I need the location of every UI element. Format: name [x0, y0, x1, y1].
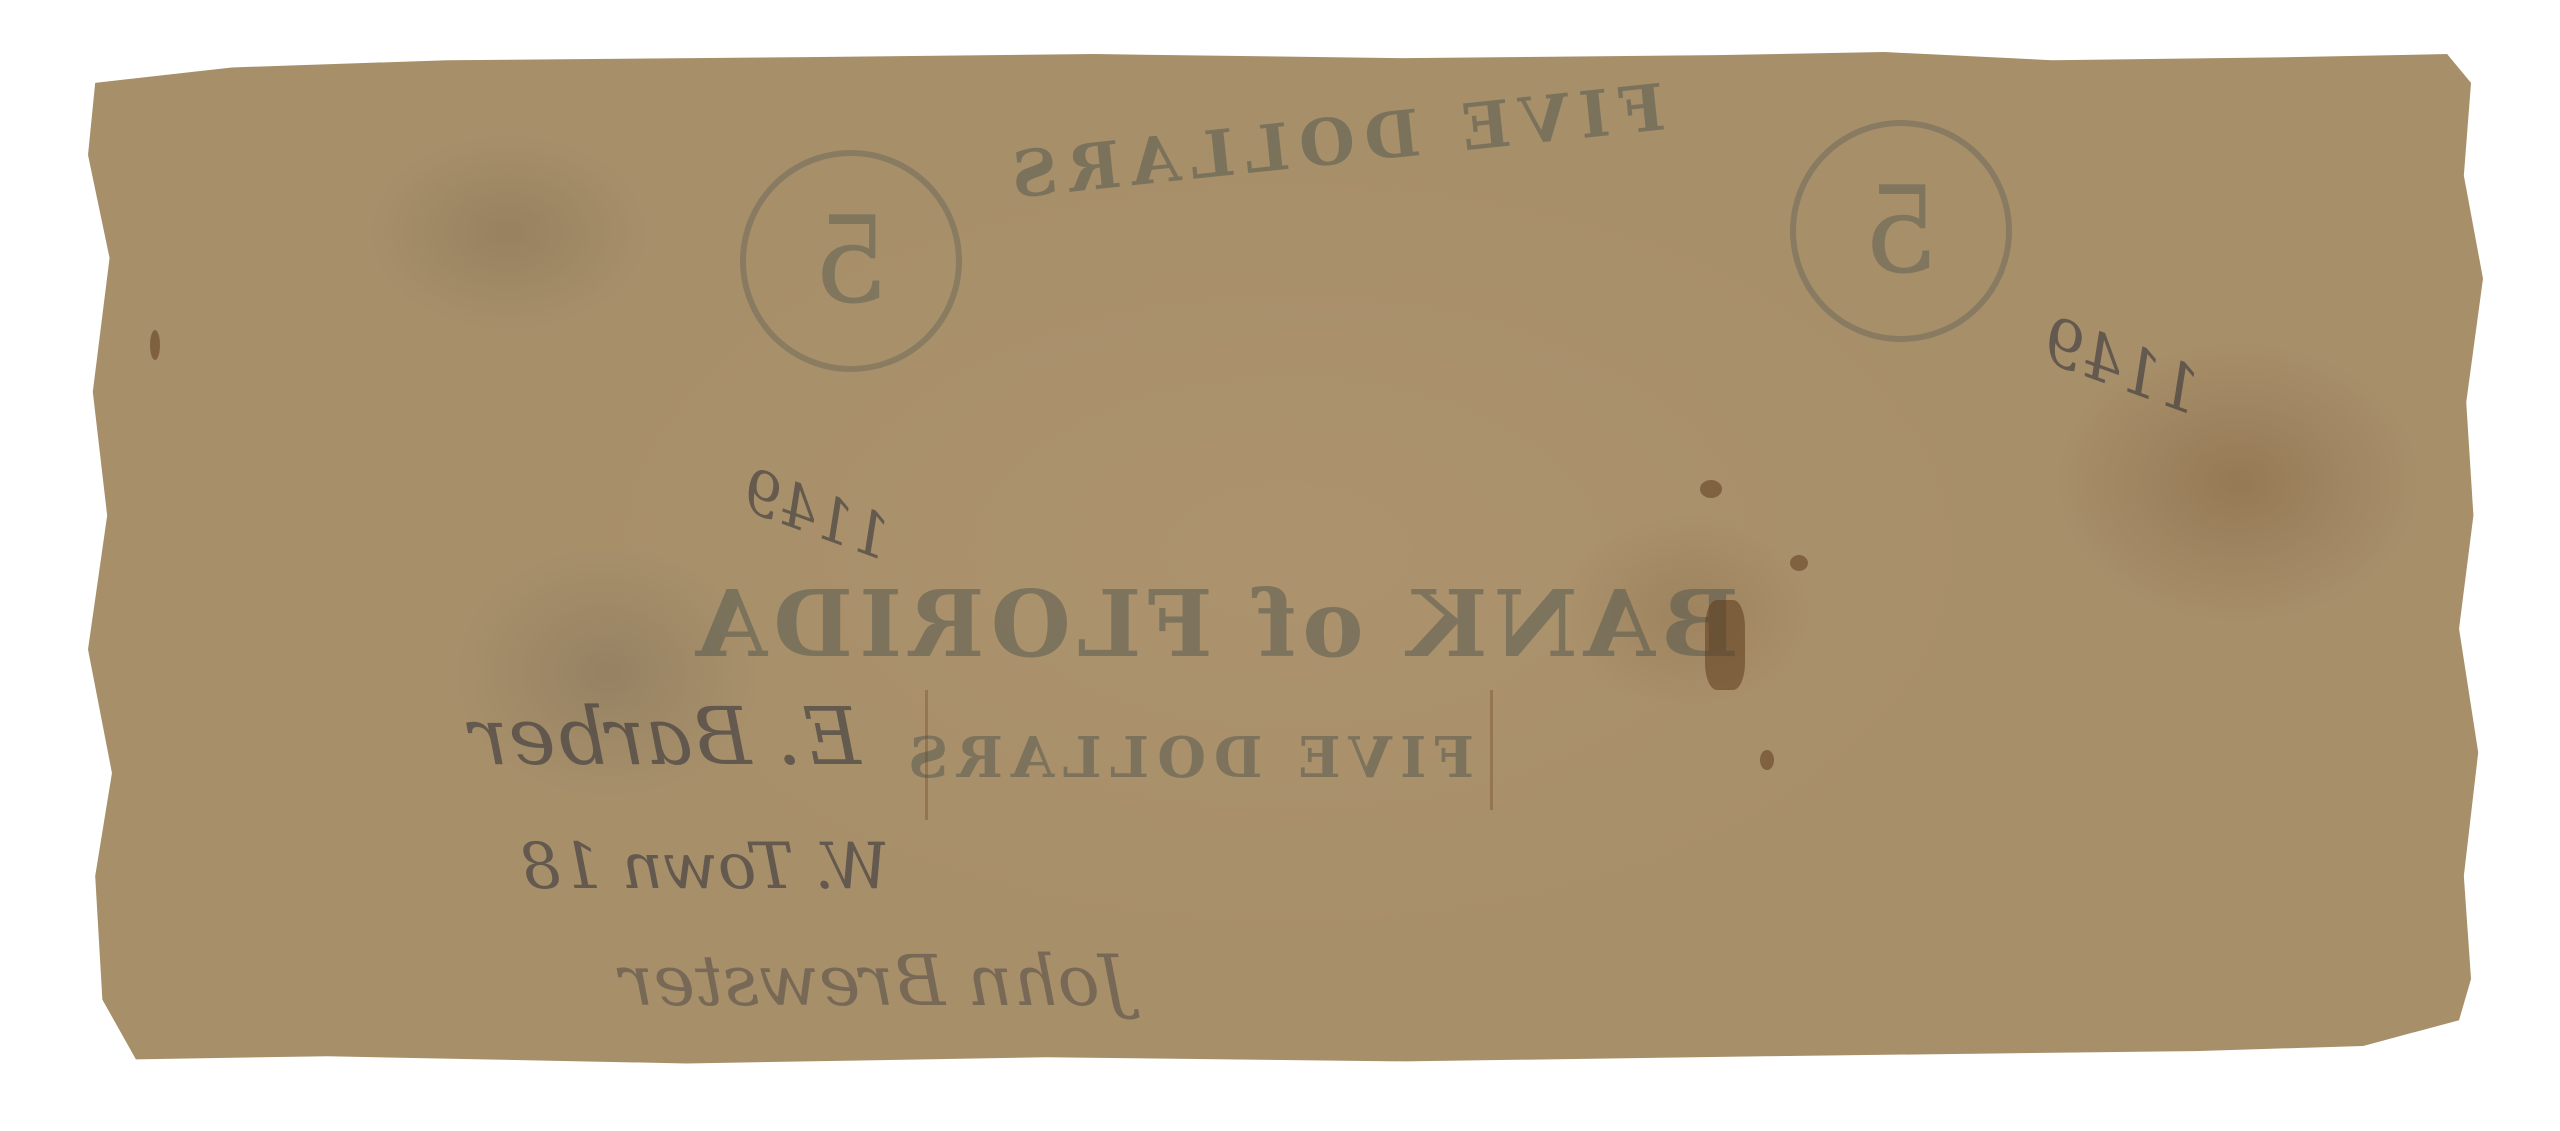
fold-crease — [1490, 690, 1493, 810]
ink-stain — [1760, 750, 1774, 770]
signature-line-2: W. Town 18 — [520, 830, 889, 904]
banknote-paper — [88, 52, 2483, 1082]
ink-stain — [1790, 555, 1808, 571]
denomination-numeral-right: 5 — [1790, 120, 2012, 342]
bank-name: BANK of FLORIDA — [690, 570, 1739, 678]
ink-stain — [1700, 480, 1722, 498]
signature-line-1: E. Barber — [470, 690, 861, 783]
signature-line-3: John Brewster — [620, 940, 1128, 1022]
denomination-words: FIVE DOLLARS — [900, 725, 1474, 791]
ink-stain — [1705, 600, 1745, 690]
fold-crease — [925, 690, 928, 820]
ink-stain — [150, 330, 160, 360]
denomination-numeral-left: 5 — [740, 150, 962, 372]
